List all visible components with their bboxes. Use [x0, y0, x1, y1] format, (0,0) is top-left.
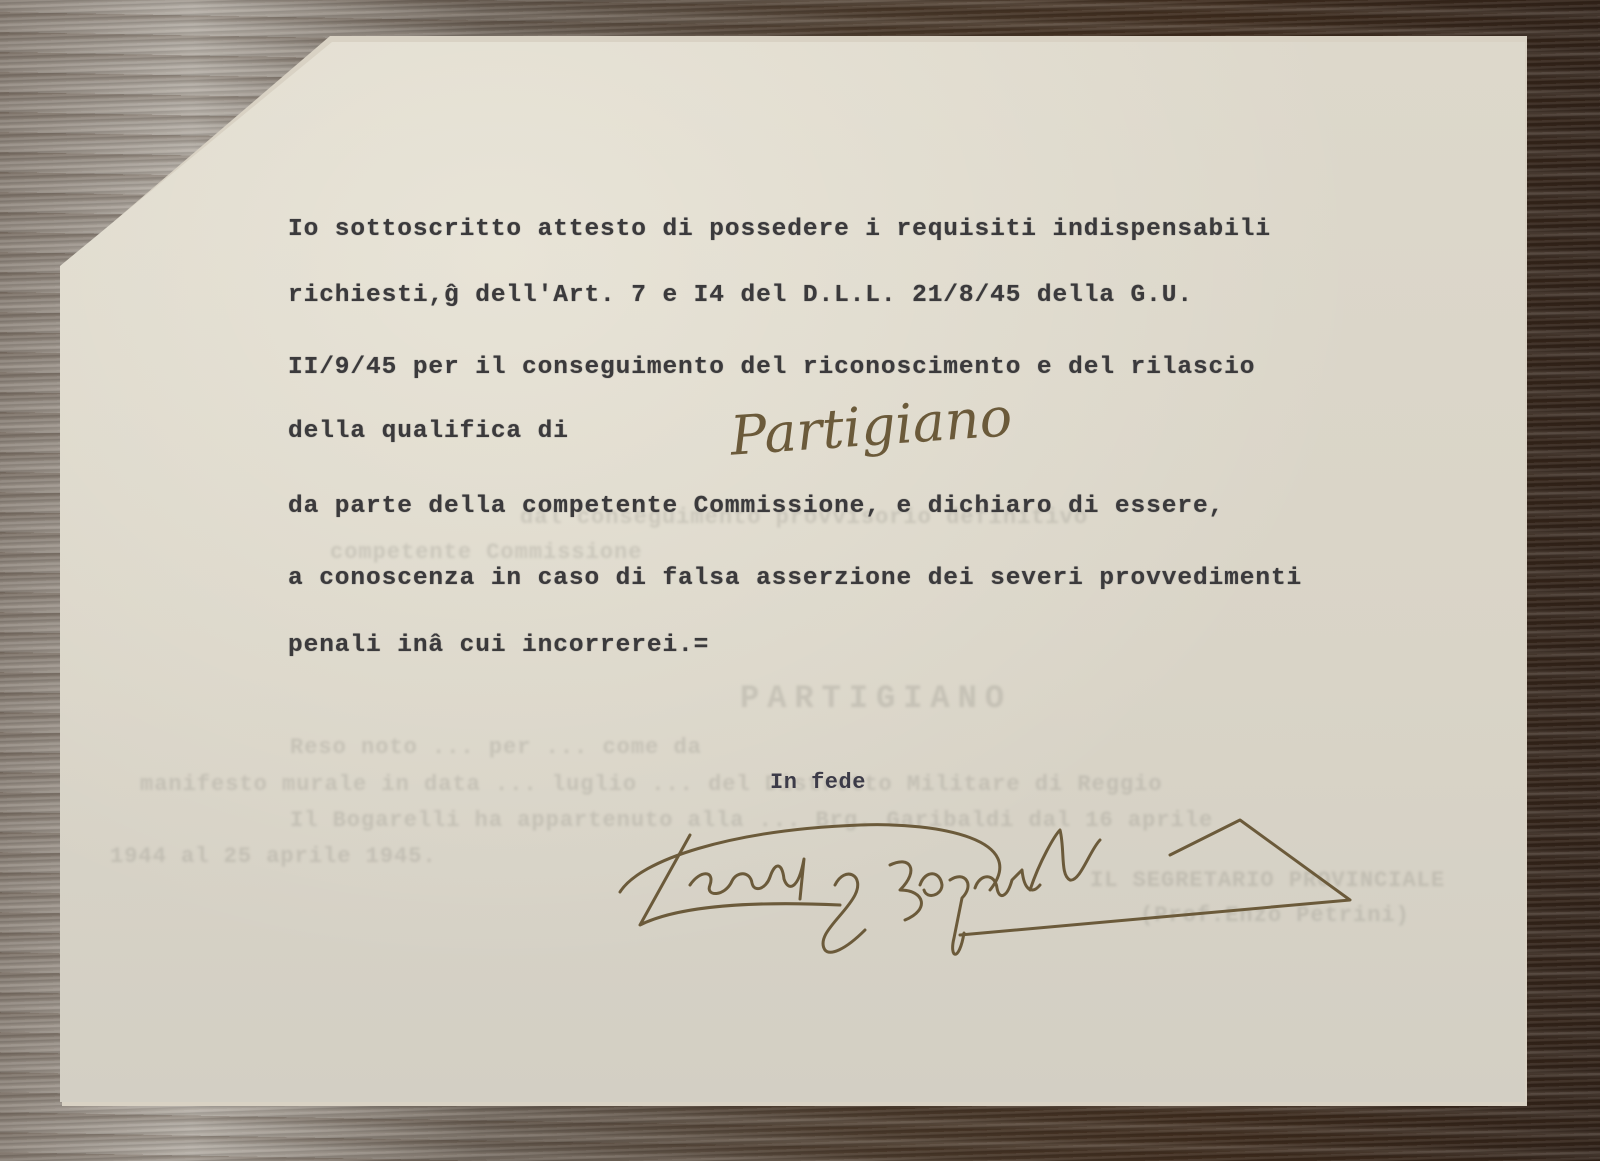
signature-icon	[610, 800, 1360, 960]
typed-line-4: della qualifica di	[288, 418, 569, 445]
typed-line-2: richiesti,ĝ dell'Art. 7 e I4 del D.L.L. …	[288, 282, 1193, 309]
typed-line-5: da parte della competente Commissione, e…	[288, 493, 1224, 520]
typed-line-3: II/9/45 per il conseguimento del riconos…	[288, 354, 1255, 381]
bleed-through-line: competente Commissione	[330, 540, 642, 565]
typed-line-1: Io sottoscritto attesto di possedere i r…	[288, 216, 1271, 243]
typed-line-6: a conoscenza in caso di falsa asserzione…	[288, 565, 1302, 592]
bleed-through-line: PARTIGIANO	[740, 680, 1012, 717]
bleed-through-line: 1944 al 25 aprile 1945.	[110, 844, 437, 869]
closing-in-fede: In fede	[770, 770, 866, 795]
bleed-through-line: manifesto murale in data ... luglio ... …	[140, 772, 1163, 797]
typed-line-7: penali inâ cui incorrerei.=	[288, 632, 709, 659]
bleed-through-line: Reso noto ... per ... come da	[290, 735, 702, 760]
